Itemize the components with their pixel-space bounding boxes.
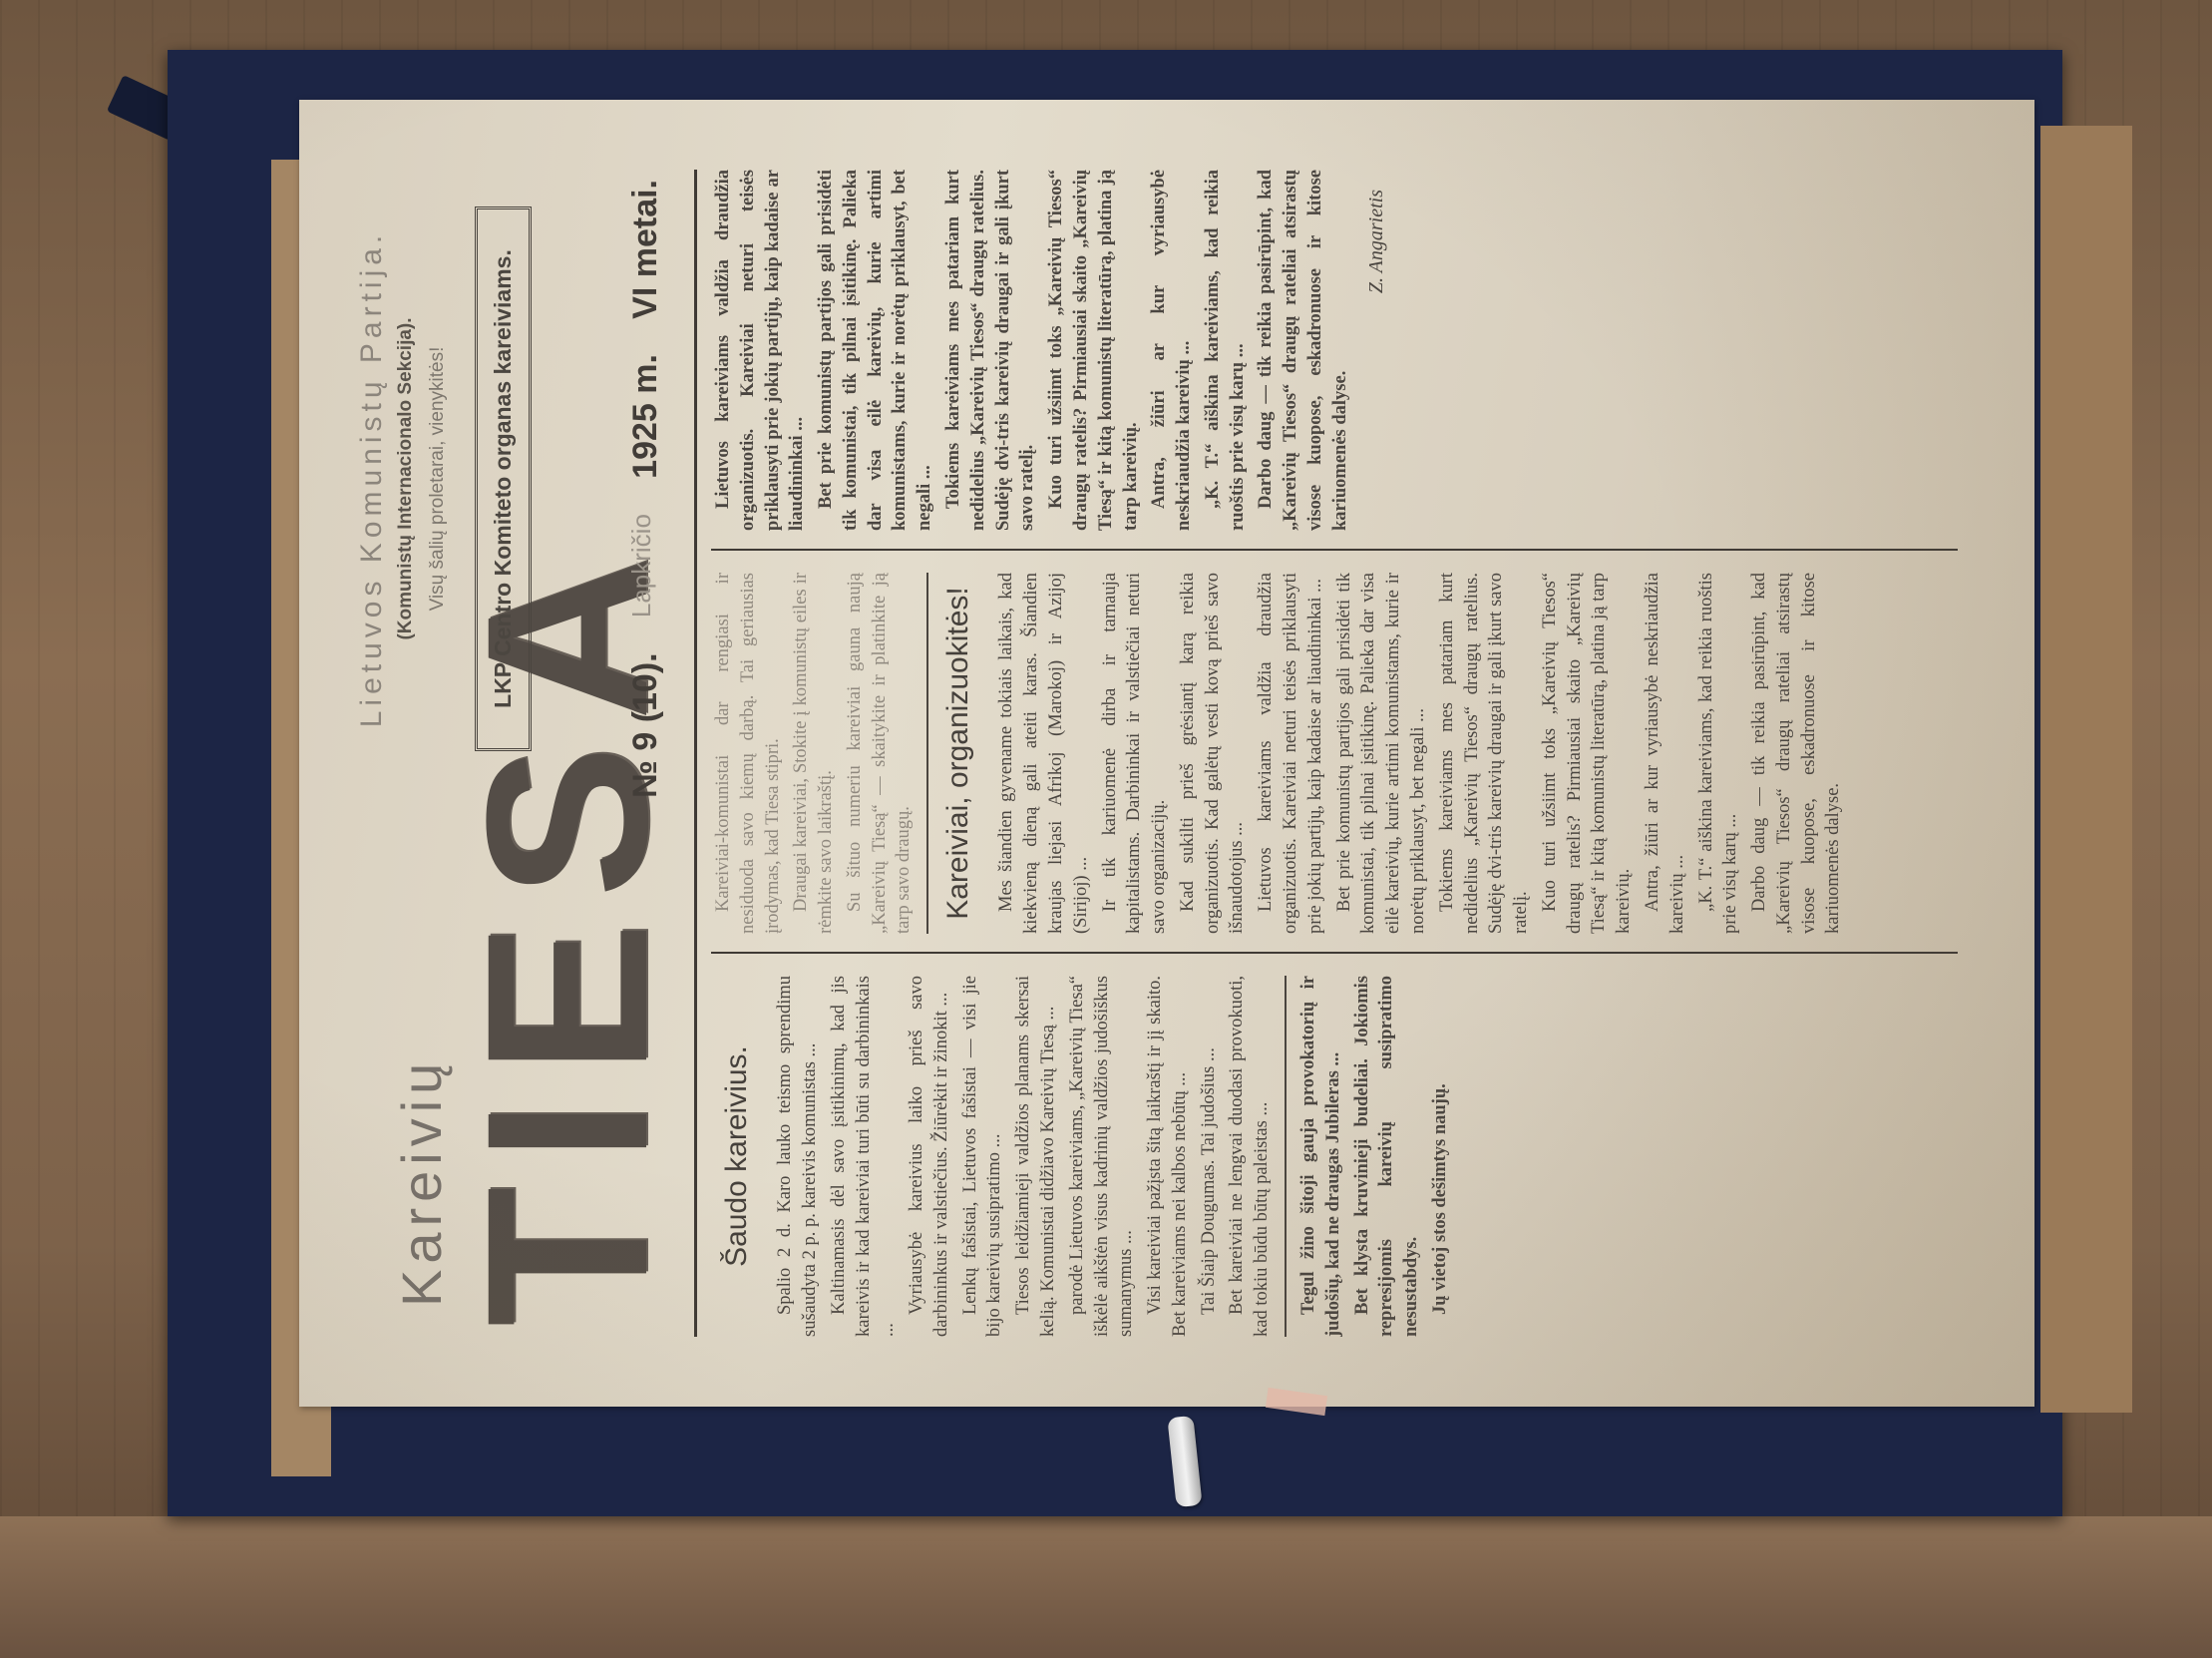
article-body-continued: Lietuvos kareiviams valdžia draudžia org…	[711, 170, 1353, 531]
article-column-two: Kareiviai-komunistai dar rengiasi ir nes…	[711, 573, 1958, 954]
masthead-info: Lietuvos Komunistų Partija. (Komunistų I…	[355, 180, 532, 778]
paragraph: Kad sukilti prieš grėsiantį karą reikia …	[1176, 573, 1250, 934]
paragraph: Kuo turi užsiimt toks „Kareivių Tiesos“ …	[1538, 573, 1637, 934]
issue-year: 1925 m.	[626, 354, 665, 479]
article-divider	[926, 573, 928, 934]
article-columns: Šaudo kareivius. Spalio 2 d. Karo lauko …	[711, 170, 1958, 1337]
paragraph: Bet klysta kruvinieji budeliai. Jokiomis…	[1350, 976, 1424, 1337]
paragraph: Kareiviai-komunistai dar rengiasi ir nes…	[711, 573, 785, 934]
paragraph: Lenkų fašistai, Lietuvos fašistai — visi…	[958, 976, 1008, 1337]
article-title: Šaudo kareivius.	[717, 976, 757, 1337]
article-signature: Z. Angarietis	[1363, 170, 1390, 531]
masthead: Kareivių TIESA Lietuvos Komunistų Partij…	[335, 170, 694, 1337]
article-title: Kareiviai, organizuokitės!	[938, 573, 978, 934]
organ-box: LKP Centro Komiteto organas kareiviams.	[475, 207, 532, 751]
paragraph: Kaltinamasis dėl savo įsitikinimų, kad j…	[827, 976, 901, 1337]
issue-line: № 9 (10). Lapkričio 1925 m. VI metai.	[626, 180, 665, 798]
article-saudo-kareivius: Šaudo kareivius. Spalio 2 d. Karo lauko …	[711, 976, 1958, 1337]
issue-number: № 9 (10).	[626, 652, 665, 798]
paragraph: Tegul žino šitoji gauja provokatorių ir …	[1296, 976, 1346, 1337]
paragraph: Lietuvos kareiviams valdžia draudžia org…	[711, 170, 810, 531]
paragraph: Tai Šiaip Dougumas. Tai judošius ...	[1197, 976, 1222, 1337]
newspaper-page: Kareivių TIESA Lietuvos Komunistų Partij…	[299, 100, 2034, 1407]
paragraph: Bet kareiviai ne lengvai duodasi provoku…	[1225, 976, 1275, 1337]
paragraph: Spalio 2 d. Karo lauko teismo sprendimu …	[773, 976, 823, 1337]
article-body: Mes šiandien gyvename tokiais laikais, k…	[994, 573, 1846, 934]
article-body: Kareiviai-komunistai dar rengiasi ir nes…	[711, 573, 917, 934]
party-section: (Komunistų Internacionalo Sekcija).	[395, 180, 417, 778]
table-surface	[0, 1516, 2212, 1658]
cardboard-insert	[2040, 126, 2132, 1413]
slogan: Visų šalių proletarai, vienykitės!	[427, 180, 449, 778]
paragraph: Lietuvos kareiviams valdžia draudžia org…	[1254, 573, 1327, 934]
party-name: Lietuvos Komunistų Partija.	[355, 180, 389, 778]
newspaper-sheet: Kareivių TIESA Lietuvos Komunistų Partij…	[299, 100, 2034, 1407]
issue-volume: VI metai.	[626, 180, 665, 319]
paragraph: Bet prie komunistų partijos gali prisidė…	[814, 170, 937, 531]
paragraph: Kuo turi užsiimt toks „Kareivių Tiesos“ …	[1044, 170, 1143, 531]
paragraph: Jų vietoj stos dešimtys naujų.	[1428, 976, 1453, 1337]
article-closing: Tegul žino šitoji gauja provokatorių ir …	[1296, 976, 1453, 1337]
paragraph: Visi kareiviai pažįsta šitą laikraštį ir…	[1143, 976, 1193, 1337]
paragraph: Antra, žiūri ar kur vyriausybė neskriaud…	[1641, 573, 1690, 934]
article-divider	[1285, 976, 1287, 1337]
article-body: Spalio 2 d. Karo lauko teismo sprendimu …	[773, 976, 1275, 1337]
paragraph: Draugai kareiviai, Stokite į komunistų e…	[789, 573, 839, 934]
paragraph: „K. T.“ aiškina kareiviams, kad reikia r…	[1694, 573, 1744, 934]
paragraph: „K. T.“ aiškina kareiviams, kad reikia r…	[1201, 170, 1251, 531]
paragraph: Antra, žiūri ar kur vyriausybė neskriaud…	[1147, 170, 1197, 531]
paragraph: Tokiems kareiviams mes patariam kurt ned…	[941, 170, 1040, 531]
paragraph: Ir tik kariuomenė dirba ir tarnauja kapi…	[1098, 573, 1172, 934]
paragraph: Bet prie komunistų partijos gali prisidė…	[1332, 573, 1431, 934]
paragraph: Tiesos leidžiamieji valdžios planams ske…	[1011, 976, 1061, 1337]
paragraph: Darbo daug — tik reikia pasirūpint, kad …	[1254, 170, 1352, 531]
paragraph: Darbo daug — tik reikia pasirūpint, kad …	[1747, 573, 1846, 934]
paragraph: Mes šiandien gyvename tokiais laikais, k…	[994, 573, 1093, 934]
paragraph: Tokiems kareiviams mes patariam kurt ned…	[1435, 573, 1534, 934]
paragraph: parodė Lietuvos kareiviams, „Kareivių Ti…	[1065, 976, 1139, 1337]
issue-month: Lapkričio	[626, 514, 665, 618]
paragraph: Su šituo numeriu kareiviai gauna naują „…	[843, 573, 917, 934]
article-column-three: Lietuvos kareiviams valdžia draudžia org…	[711, 170, 1958, 551]
paragraph: Vyriausybė kareivius laiko prieš savo da…	[905, 976, 954, 1337]
